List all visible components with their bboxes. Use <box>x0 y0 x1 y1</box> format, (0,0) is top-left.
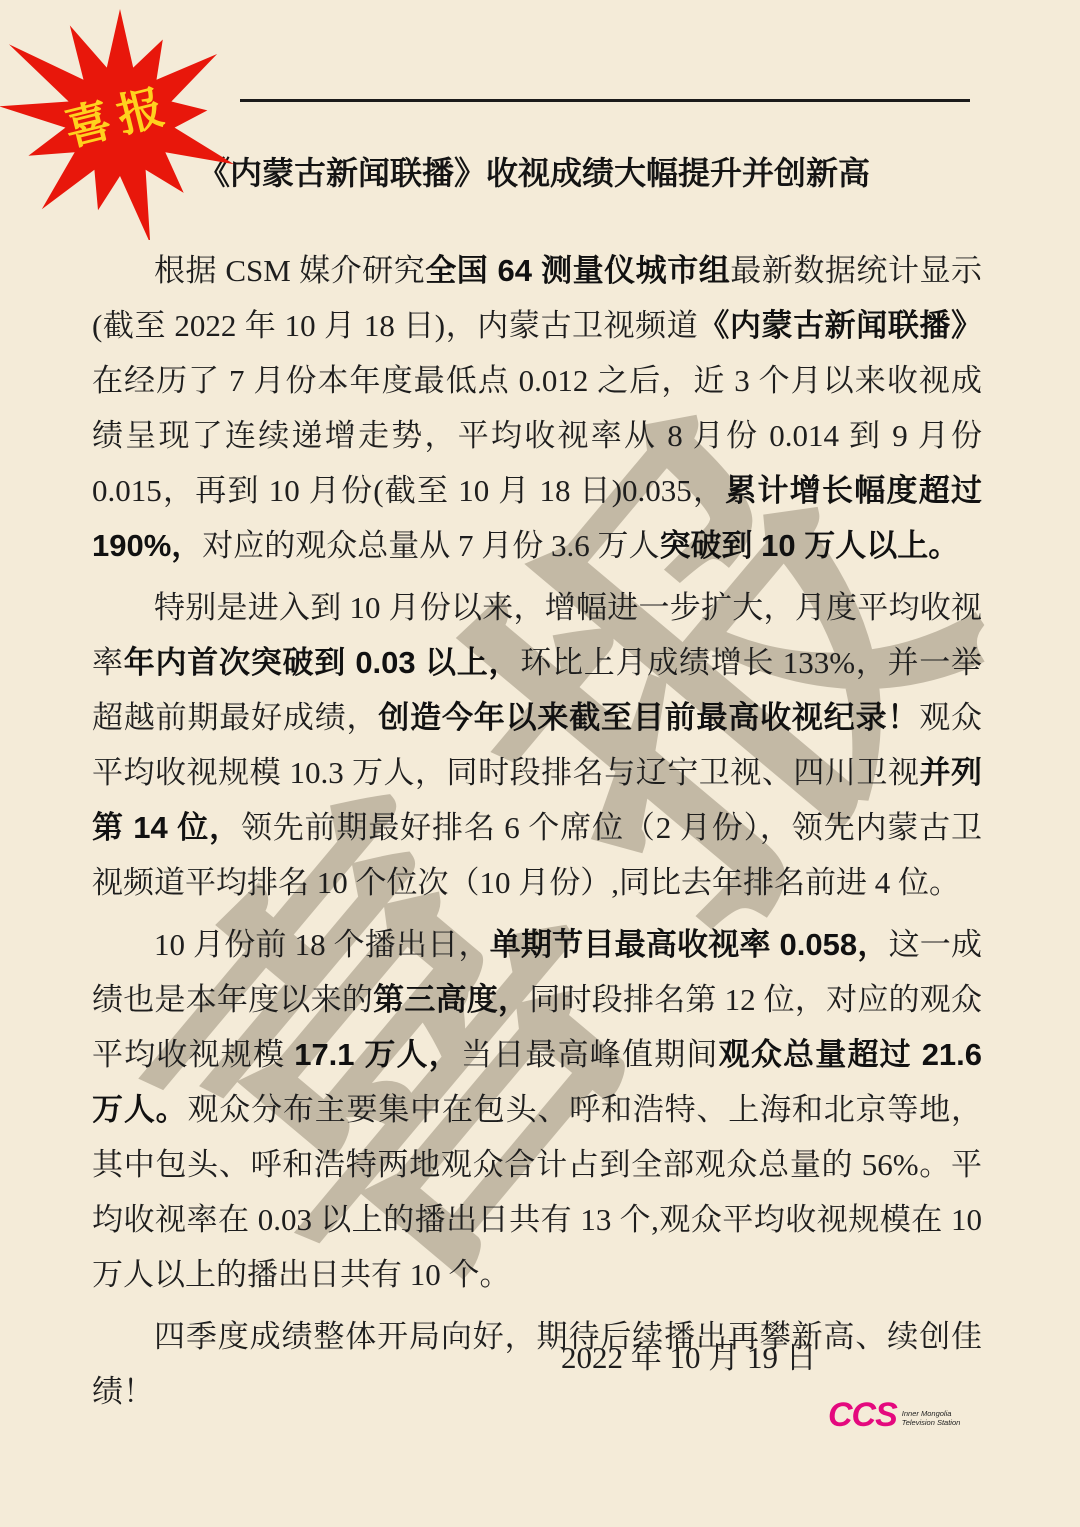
ccs-logo-tagline: Inner Mongolia Television Station <box>902 1410 961 1427</box>
bold-text-segment: 《内蒙古新闻联播》 <box>698 308 982 343</box>
announcement-page: 喜报 喜报 《内蒙古新闻联播》收视成绩大幅提升并创新高 根据 CSM 媒介研究全… <box>0 0 1080 1527</box>
text-segment: 当日最高峰值期间 <box>461 1037 719 1072</box>
paragraph: 10 月份前 18 个播出日，单期节目最高收视率 0.058，这一成绩也是本年度… <box>92 917 982 1302</box>
bold-text-segment: 创造今年以来截至目前最高收视纪录！ <box>378 700 919 735</box>
bold-text-segment: 突破到 10 万人以上。 <box>660 528 960 563</box>
text-segment: 对应的观众总量从 7 月份 3.6 万人 <box>202 528 659 563</box>
text-segment: 10 月份前 18 个播出日， <box>154 927 490 962</box>
ccs-logo-text: CCS <box>828 1398 897 1432</box>
paragraph: 特别是进入到 10 月份以来，增幅进一步扩大，月度平均收视率年内首次突破到 0.… <box>92 580 982 910</box>
text-segment: 观众分布主要集中在包头、呼和浩特、上海和北京等地，其中包头、呼和浩特两地观众合计… <box>92 1092 982 1292</box>
title-rule <box>240 99 970 102</box>
bold-text-segment: 17.1 万人， <box>294 1037 461 1072</box>
page-title: 《内蒙古新闻联播》收视成绩大幅提升并创新高 <box>198 148 870 194</box>
bold-text-segment: 第三高度， <box>373 982 529 1017</box>
paragraph: 根据 CSM 媒介研究全国 64 测量仪城市组最新数据统计显示(截至 2022 … <box>92 243 982 573</box>
text-segment: 根据 CSM 媒介研究 <box>154 253 425 288</box>
bold-text-segment: 全国 64 测量仪城市组 <box>425 253 730 288</box>
bold-text-segment: 年内首次突破到 0.03 以上， <box>124 645 521 680</box>
starburst-badge: 喜报 <box>0 8 258 240</box>
body-paragraphs: 根据 CSM 媒介研究全国 64 测量仪城市组最新数据统计显示(截至 2022 … <box>92 243 982 1426</box>
station-logo: CCS Inner Mongolia Television Station <box>828 1398 960 1432</box>
bold-text-segment: 单期节目最高收视率 0.058， <box>490 927 889 962</box>
date-line: 2022 年 10 月 19 日 <box>561 1332 817 1377</box>
tagline-line-2: Television Station <box>902 1418 961 1427</box>
